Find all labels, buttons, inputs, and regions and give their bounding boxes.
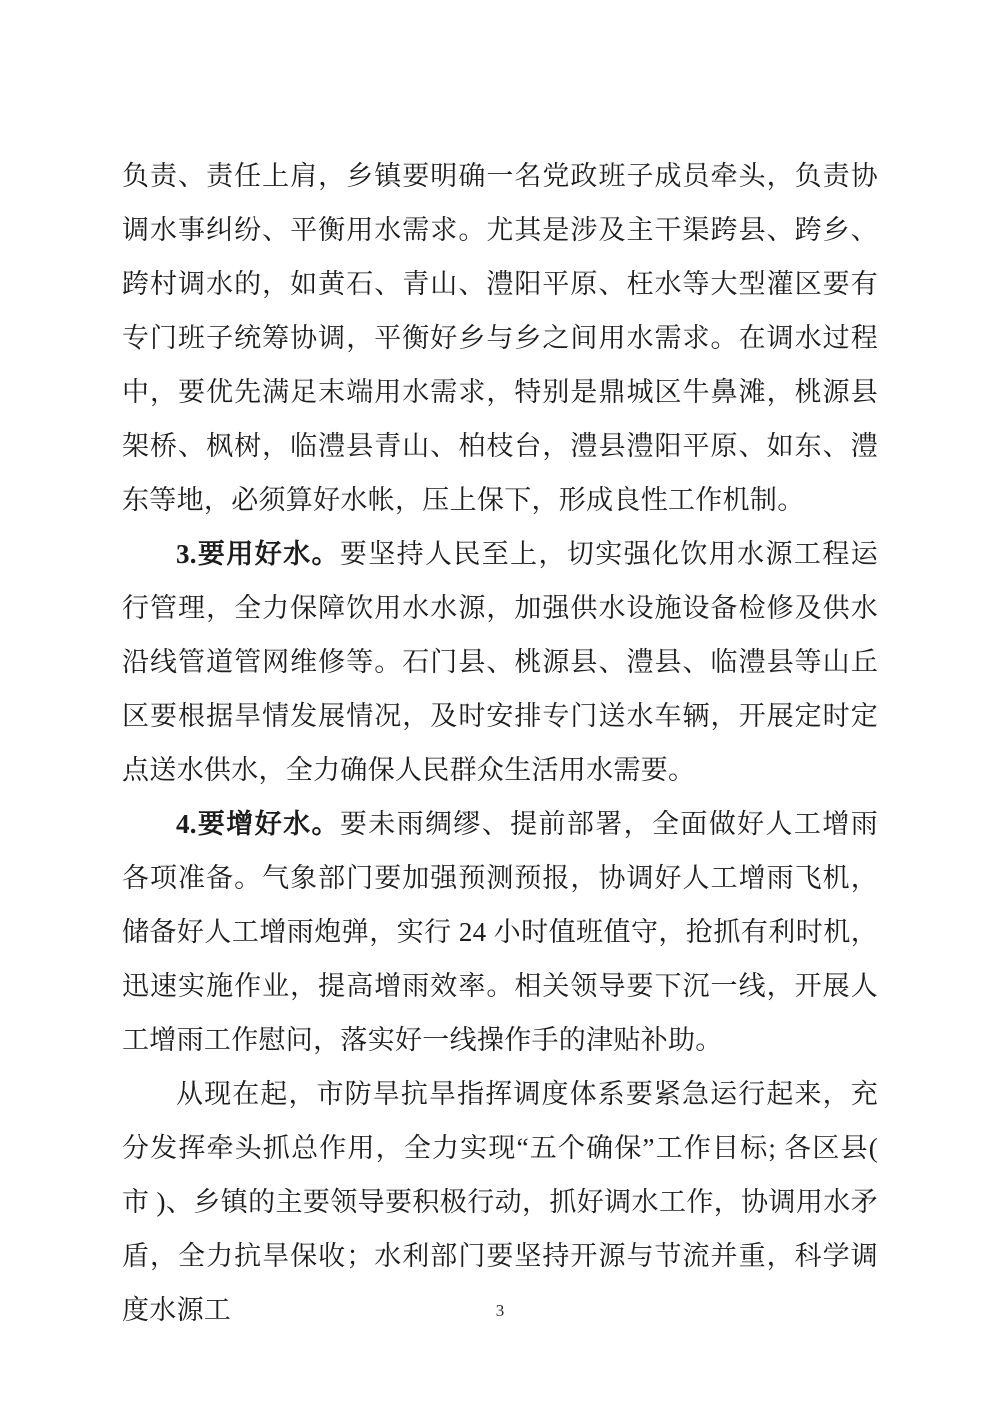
document-page: 负责、责任上肩，乡镇要明确一名党政班子成员牵头，负责协调水事纠纷、平衡用水需求。…: [0, 0, 1000, 1415]
paragraph-text: 从现在起，市防旱抗旱指挥调度体系要紧急运行起来，充分发挥牵头抓总作用，全力实现“…: [122, 1079, 878, 1325]
paragraph-section-3: 3.要用好水。要坚持人民至上，切实强化饮用水源工程运行管理，全力保障饮用水水源，…: [122, 527, 878, 797]
paragraph-text: 要坚持人民至上，切实强化饮用水源工程运行管理，全力保障饮用水水源，加强供水设施设…: [122, 539, 878, 785]
paragraph-continuation: 负责、责任上肩，乡镇要明确一名党政班子成员牵头，负责协调水事纠纷、平衡用水需求。…: [122, 149, 878, 527]
paragraph-section-4: 4.要增好水。要未雨绸缪、提前部署，全面做好人工增雨各项准备。气象部门要加强预测…: [122, 797, 878, 1067]
paragraph-text: 要未雨绸缪、提前部署，全面做好人工增雨各项准备。气象部门要加强预测预报，协调好人…: [122, 809, 878, 1055]
paragraph-closing: 从现在起，市防旱抗旱指挥调度体系要紧急运行起来，充分发挥牵头抓总作用，全力实现“…: [122, 1067, 878, 1337]
section-3-heading: 3.要用好水。: [176, 539, 340, 569]
document-body: 负责、责任上肩，乡镇要明确一名党政班子成员牵头，负责协调水事纠纷、平衡用水需求。…: [122, 149, 878, 1337]
section-4-heading: 4.要增好水。: [176, 809, 340, 839]
paragraph-text: 负责、责任上肩，乡镇要明确一名党政班子成员牵头，负责协调水事纠纷、平衡用水需求。…: [122, 161, 878, 515]
page-number: 3: [0, 1299, 1000, 1323]
